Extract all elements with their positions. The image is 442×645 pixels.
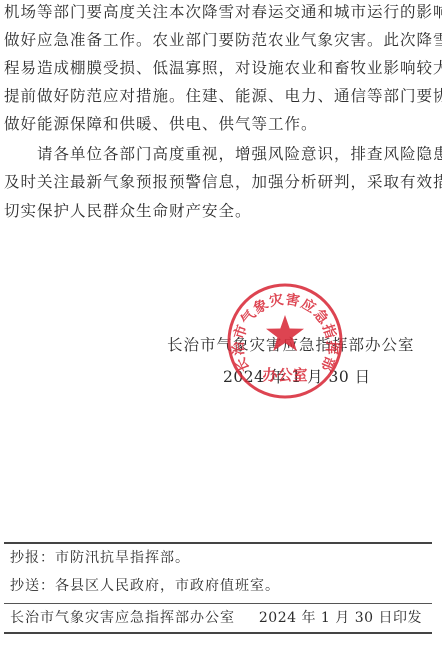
document-page: 机场等部门要高度关注本次降雪对春运交通和城市运行的影响， 做好应急准备工作。农业…	[0, 0, 442, 645]
body-line: 切实保护人民群众生命财产安全。	[4, 199, 434, 223]
body-line: 做好应急准备工作。农业部门要防范农业气象灾害。此次降雪过	[4, 28, 434, 52]
seal-bottom-text: 办公室	[262, 366, 307, 384]
body-line: 提前做好防范应对措施。住建、能源、电力、通信等部门要协同	[4, 84, 434, 108]
body-line: 及时关注最新气象预报预警信息，加强分析研判，采取有效措施，	[4, 170, 434, 194]
print-date: 2024 年 1 月 30 日印发	[259, 607, 422, 629]
body-line: 机场等部门要高度关注本次降雪对春运交通和城市运行的影响，	[4, 0, 434, 24]
body-line: 程易造成棚膜受损、低温寡照，对设施农业和畜牧业影响较大，	[4, 56, 434, 80]
official-seal: 长治市气象灾害应急指挥部 办公室	[226, 282, 344, 400]
divider	[4, 603, 432, 604]
star-icon	[266, 315, 304, 351]
body-line: 做好能源保障和供暖、供电、供气等工作。	[4, 112, 434, 136]
divider	[4, 632, 432, 634]
cc-send: 抄送：各县区人民政府，市政府值班室。	[10, 575, 280, 597]
cc-report: 抄报：市防汛抗旱指挥部。	[10, 547, 190, 569]
divider	[4, 542, 432, 544]
issuing-office: 长治市气象灾害应急指挥部办公室	[10, 607, 235, 629]
body-line: 请各单位各部门高度重视，增强风险意识，排查风险隐患，	[4, 142, 434, 166]
